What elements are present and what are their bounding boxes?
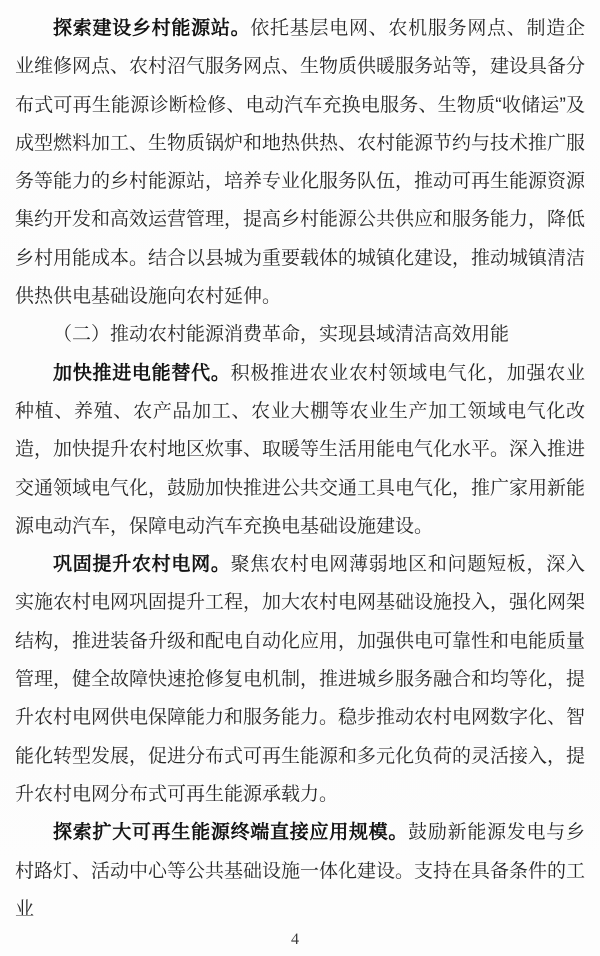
paragraph-rural-grid-lead: 巩固提升农村电网。 xyxy=(53,554,231,575)
paragraph-electric-substitution: 加快推进电能替代。积极推进农业农村领域电气化，加强农业种植、养殖、农产品加工、农… xyxy=(15,355,585,546)
paragraph-renewable-terminal: 探索扩大可再生能源终端直接应用规模。鼓励新能源发电与乡村路灯、活动中心等公共基础… xyxy=(15,814,585,929)
paragraph-rural-grid: 巩固提升农村电网。聚焦农村电网薄弱地区和问题短板，深入实施农村电网巩固提升工程，… xyxy=(15,546,585,814)
paragraph-renewable-terminal-lead: 探索扩大可再生能源终端直接应用规模。 xyxy=(53,822,408,843)
section-heading-2-text: （二）推动农村能源消费革命，实现县域清洁高效用能 xyxy=(53,324,509,345)
page-number: 4 xyxy=(0,931,590,949)
paragraph-energy-station-lead: 探索建设乡村能源站。 xyxy=(53,18,250,39)
paragraph-energy-station: 探索建设乡村能源站。依托基层电网、农机服务网点、制造企业维修网点、农村沼气服务网… xyxy=(15,10,585,316)
paragraph-energy-station-text: 依托基层电网、农机服务网点、制造企业维修网点、农村沼气服务网点、生物质供暖服务站… xyxy=(15,18,585,307)
paragraph-rural-grid-text: 聚焦农村电网薄弱地区和问题短板，深入实施农村电网巩固提升工程，加大农村电网基础设… xyxy=(15,554,585,805)
paragraph-electric-substitution-text: 积极推进农业农村领域电气化，加强农业种植、养殖、农产品加工、农业大棚等农业生产加… xyxy=(15,363,585,537)
document-page: 探索建设乡村能源站。依托基层电网、农机服务网点、制造企业维修网点、农村沼气服务网… xyxy=(0,0,600,956)
paragraph-electric-substitution-lead: 加快推进电能替代。 xyxy=(53,363,231,384)
section-heading-2: （二）推动农村能源消费革命，实现县域清洁高效用能 xyxy=(15,316,585,354)
document-body: 探索建设乡村能源站。依托基层电网、农机服务网点、制造企业维修网点、农村沼气服务网… xyxy=(0,0,600,929)
